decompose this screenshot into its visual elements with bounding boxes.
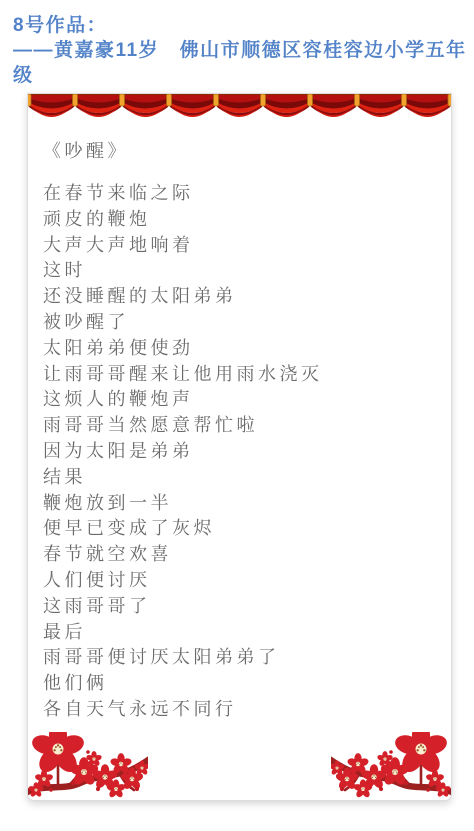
poem-line: 便早已变成了灰烬 (43, 516, 436, 542)
poem-line: 太阳弟弟便使劲 (43, 336, 436, 362)
poem-line: 顽皮的鞭炮 (43, 207, 436, 233)
poem-line: 雨哥哥便讨厌太阳弟弟了 (43, 645, 436, 671)
poem-line: 因为太阳是弟弟 (43, 439, 436, 465)
poem-line: 人们便讨厌 (43, 568, 436, 594)
poem-line: 最后 (43, 620, 436, 646)
poem-line: 春节就空欢喜 (43, 542, 436, 568)
poem-line: 让雨哥哥醒来让他用雨水浇灭 (43, 362, 436, 388)
curtain-decoration-icon (28, 94, 451, 122)
poem-line: 各自天气永远不同行 (43, 697, 436, 723)
poem-line: 雨哥哥当然愿意帮忙啦 (43, 413, 436, 439)
poem-line: 他们俩 (43, 671, 436, 697)
poem-title: 《吵醒》 (43, 138, 436, 164)
poem-line: 结果 (43, 465, 436, 491)
poem-line: 大声大声地响着 (43, 233, 436, 259)
plum-blossom-right-icon (331, 732, 451, 800)
poem-body: 在春节来临之际 顽皮的鞭炮 大声大声地响着 这时 还没睡醒的太阳弟弟 被吵醒了 … (43, 181, 436, 723)
poem-line: 在春节来临之际 (43, 181, 436, 207)
poem-line: 这烦人的鞭炮声 (43, 387, 436, 413)
poem-line: 这时 (43, 258, 436, 284)
poem-line: 被吵醒了 (43, 310, 436, 336)
article-header: 8号作品： ——黄嘉豪11岁 佛山市顺德区容桂容边小学五年级 (0, 0, 474, 88)
poem-line: 鞭炮放到一半 (43, 491, 436, 517)
poem-card: 《吵醒》 在春节来临之际 顽皮的鞭炮 大声大声地响着 这时 还没睡醒的太阳弟弟 … (27, 93, 452, 801)
work-number: 8号作品： (13, 13, 468, 38)
plum-blossom-left-icon (28, 732, 148, 800)
poem-line: 还没睡醒的太阳弟弟 (43, 284, 436, 310)
poem-line: 这雨哥哥了 (43, 594, 436, 620)
author-line: ——黄嘉豪11岁 佛山市顺德区容桂容边小学五年级 (13, 38, 468, 88)
article-page: 8号作品： ——黄嘉豪11岁 佛山市顺德区容桂容边小学五年级 (0, 0, 474, 831)
